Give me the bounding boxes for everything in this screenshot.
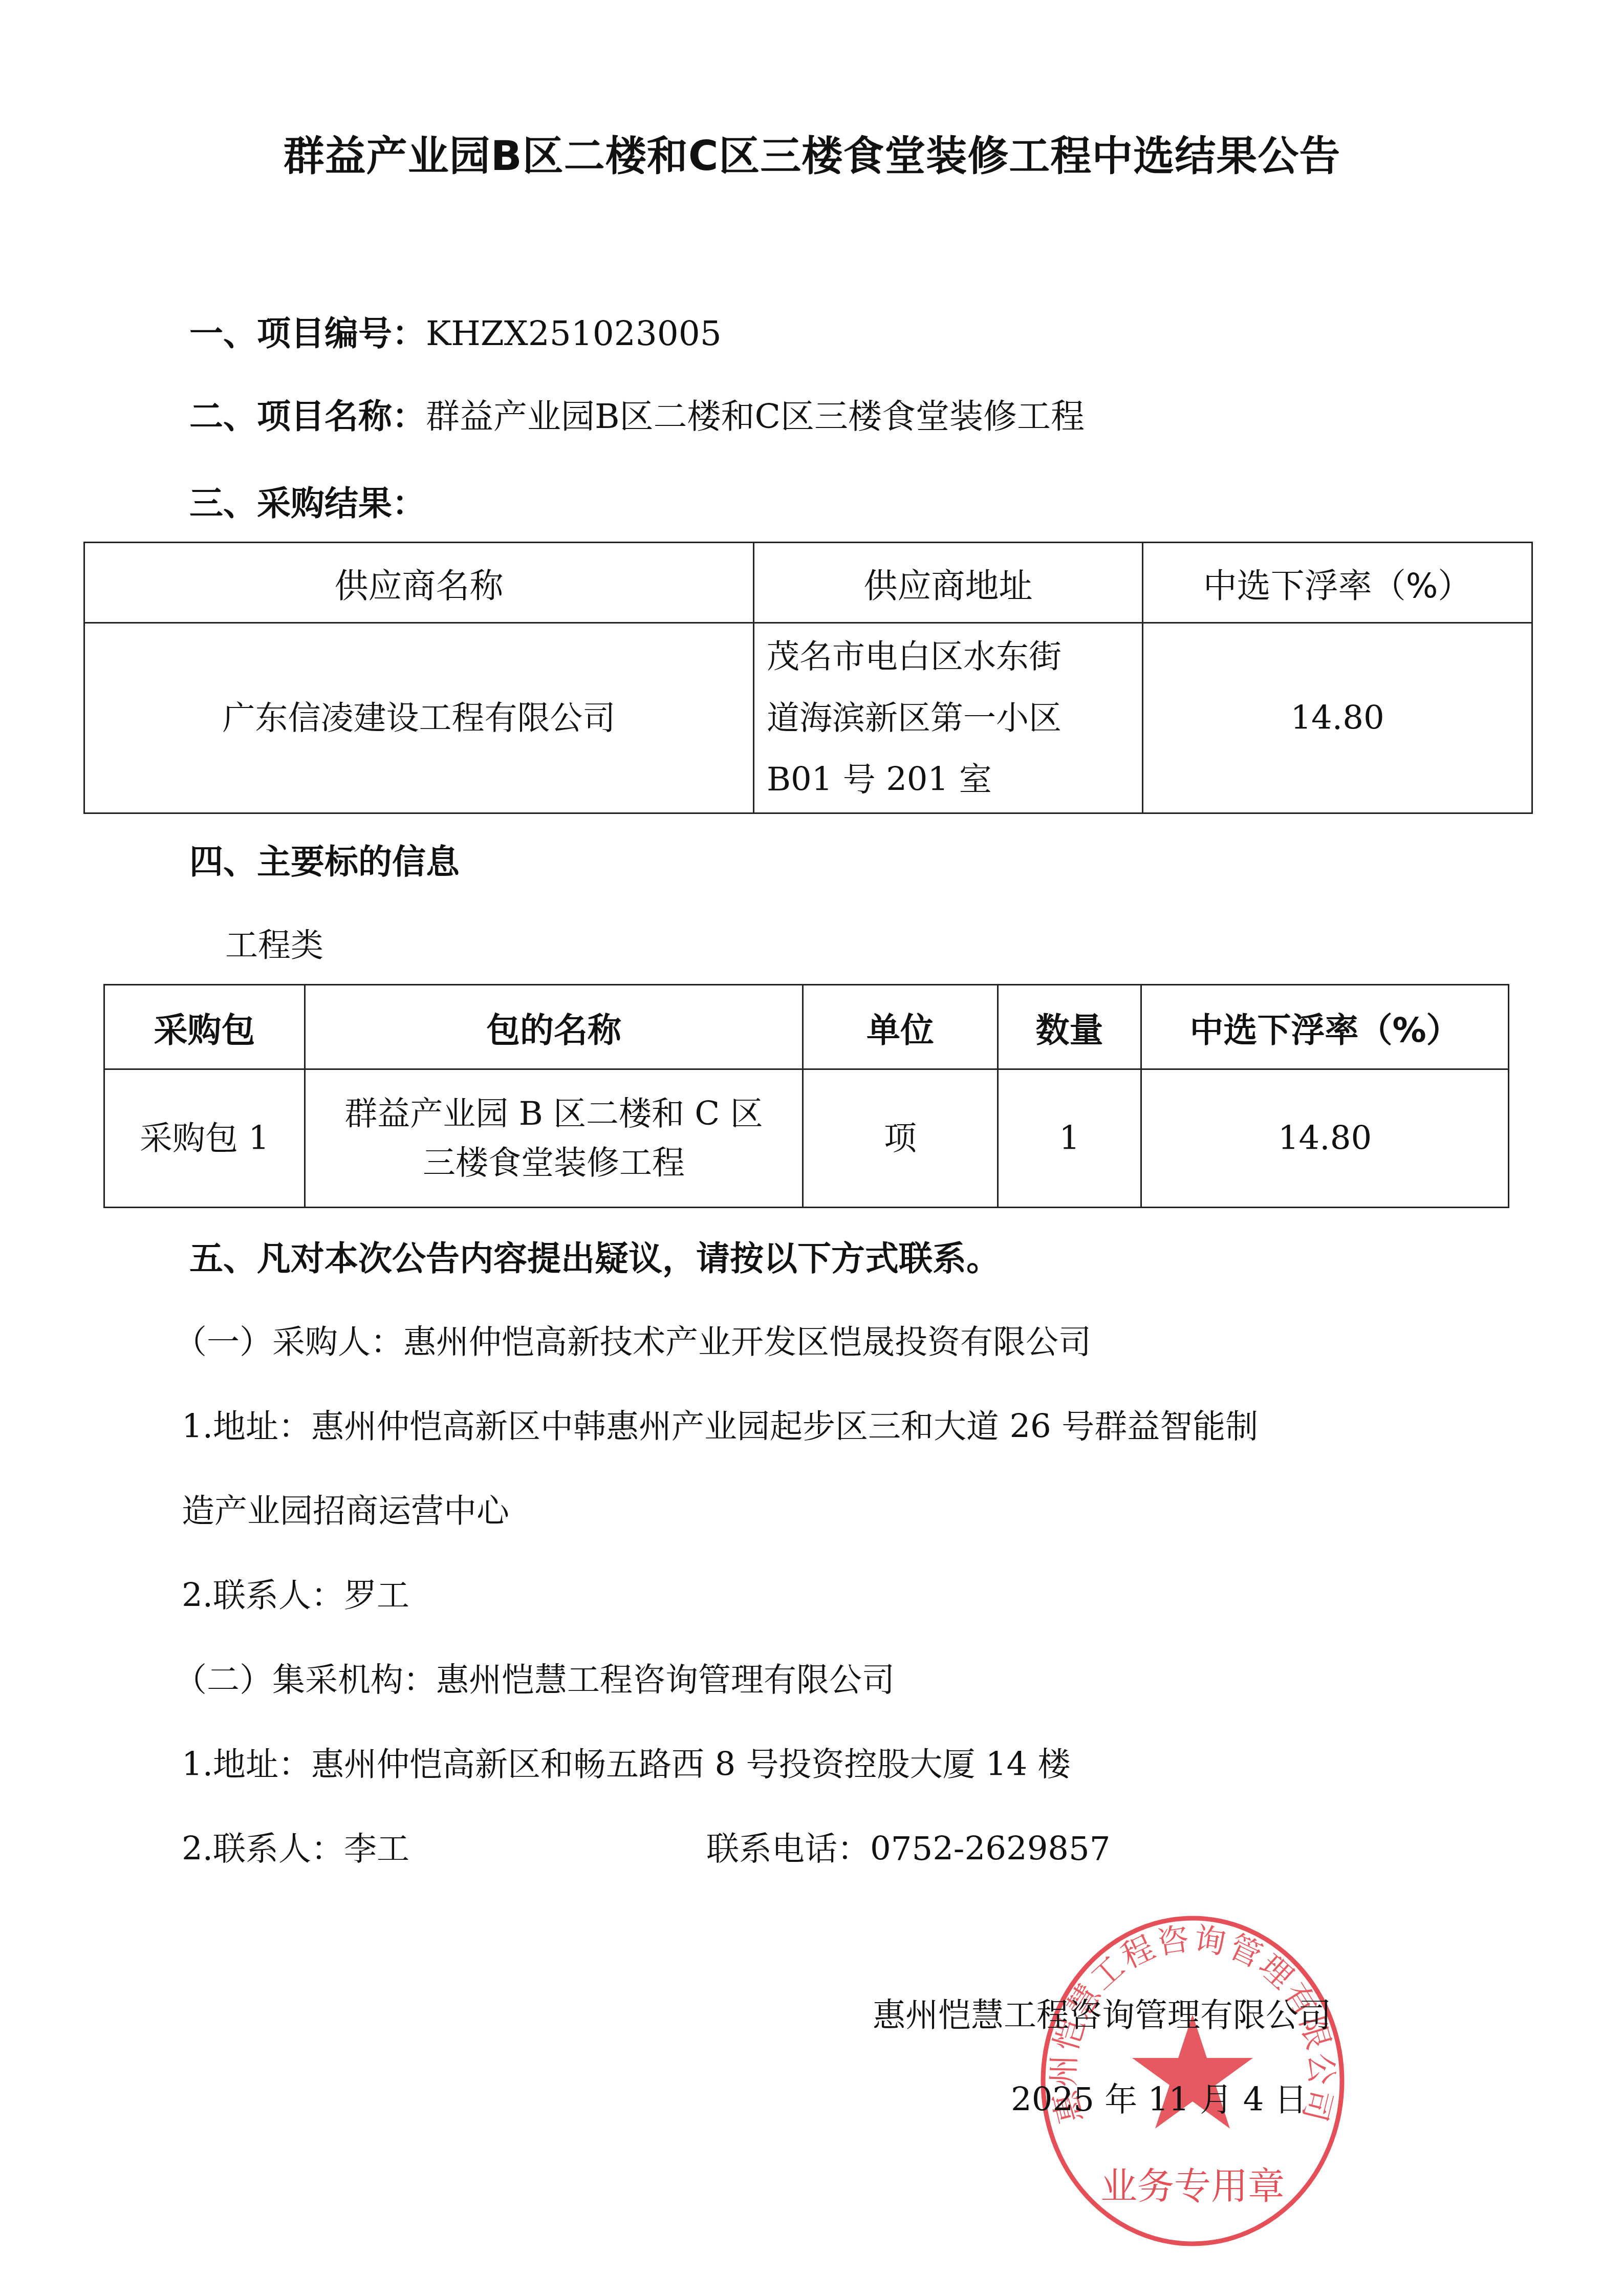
signature-date: 2025 年 11 月 4 日 — [1011, 2073, 1307, 2120]
header-package-name: 包的名称 — [305, 985, 803, 1069]
signature-company: 惠州恺慧工程咨询管理有限公司 — [873, 1989, 1331, 2036]
section-label: 四、主要标的信息 — [189, 842, 460, 882]
section-project-name: 二、项目名称：群益产业园B区二楼和C区三楼食堂装修工程 — [189, 389, 1085, 438]
agency-address: 1.地址：惠州仲恺高新区和畅五路西 8 号投资控股大厦 14 楼 — [182, 1738, 1071, 1785]
agency-phone: 联系电话：0752-2629857 — [706, 1822, 1111, 1870]
package-name-line: 三楼食堂装修工程 — [306, 1139, 802, 1188]
agency-heading: （二）集采机构：惠州恺慧工程咨询管理有限公司 — [174, 1654, 895, 1701]
package-name-line: 群益产业园 B 区二楼和 C 区 — [306, 1089, 802, 1139]
section-label: 一、项目编号： — [189, 314, 426, 353]
supplier-address: 茂名市电白区水东街 道海滨新区第一小区 B01 号 201 室 — [754, 623, 1143, 813]
project-name-value: 群益产业园B区二楼和C区三楼食堂装修工程 — [426, 397, 1085, 436]
project-number-value: KHZX251023005 — [426, 314, 722, 353]
package: 采购包 1 — [104, 1069, 305, 1208]
table-header-row: 采购包 包的名称 单位 数量 中选下浮率（%） — [104, 985, 1509, 1069]
header-supplier-name: 供应商名称 — [84, 543, 754, 623]
agency-contact: 2.联系人：李工 — [182, 1822, 409, 1870]
section-main-subject: 四、主要标的信息 — [189, 834, 460, 883]
purchaser-heading: （一）采购人：惠州仲恺高新技术产业开发区恺晟投资有限公司 — [174, 1316, 1091, 1363]
discount-rate: 14.80 — [1143, 623, 1532, 813]
header-discount-rate: 中选下浮率（%） — [1143, 543, 1532, 623]
section-label: 二、项目名称： — [189, 397, 426, 436]
subject-table: 采购包 包的名称 单位 数量 中选下浮率（%） 采购包 1 群益产业园 B 区二… — [103, 984, 1509, 1208]
package-name: 群益产业园 B 区二楼和 C 区 三楼食堂装修工程 — [305, 1069, 803, 1208]
header-package: 采购包 — [104, 985, 305, 1069]
section-contact: 五、凡对本次公告内容提出疑议，请按以下方式联系。 — [189, 1231, 1000, 1280]
table-row: 采购包 1 群益产业园 B 区二楼和 C 区 三楼食堂装修工程 项 1 14.8… — [104, 1069, 1509, 1208]
discount-rate: 14.80 — [1141, 1069, 1509, 1208]
supplier-name: 广东信凌建设工程有限公司 — [84, 623, 754, 813]
section-procurement-result: 三、采购结果： — [189, 476, 426, 525]
seal-bottom-text: 业务专用章 — [1100, 2164, 1285, 2207]
page-title: 群益产业园B区二楼和C区三楼食堂装修工程中选结果公告 — [0, 123, 1624, 182]
unit: 项 — [803, 1069, 998, 1208]
address-line: 道海滨新区第一小区 — [767, 688, 1142, 749]
table-header-row: 供应商名称 供应商地址 中选下浮率（%） — [84, 543, 1532, 623]
section-label: 三、采购结果： — [189, 484, 426, 523]
address-line: 茂名市电白区水东街 — [767, 626, 1142, 688]
purchaser-contact: 2.联系人：罗工 — [182, 1569, 409, 1616]
header-discount-rate: 中选下浮率（%） — [1141, 985, 1509, 1069]
result-table: 供应商名称 供应商地址 中选下浮率（%） 广东信凌建设工程有限公司 茂名市电白区… — [83, 542, 1533, 814]
section-project-number: 一、项目编号：KHZX251023005 — [189, 306, 722, 355]
purchaser-address-line1: 1.地址：惠州仲恺高新区中韩惠州产业园起步区三和大道 26 号群益智能制 — [182, 1400, 1258, 1447]
header-quantity: 数量 — [998, 985, 1141, 1069]
subject-category: 工程类 — [225, 919, 323, 966]
header-supplier-address: 供应商地址 — [754, 543, 1143, 623]
table-row: 广东信凌建设工程有限公司 茂名市电白区水东街 道海滨新区第一小区 B01 号 2… — [84, 623, 1532, 813]
quantity: 1 — [998, 1069, 1141, 1208]
purchaser-address-line2: 造产业园招商运营中心 — [182, 1485, 509, 1532]
address-line: B01 号 201 室 — [767, 749, 1142, 810]
header-unit: 单位 — [803, 985, 998, 1069]
